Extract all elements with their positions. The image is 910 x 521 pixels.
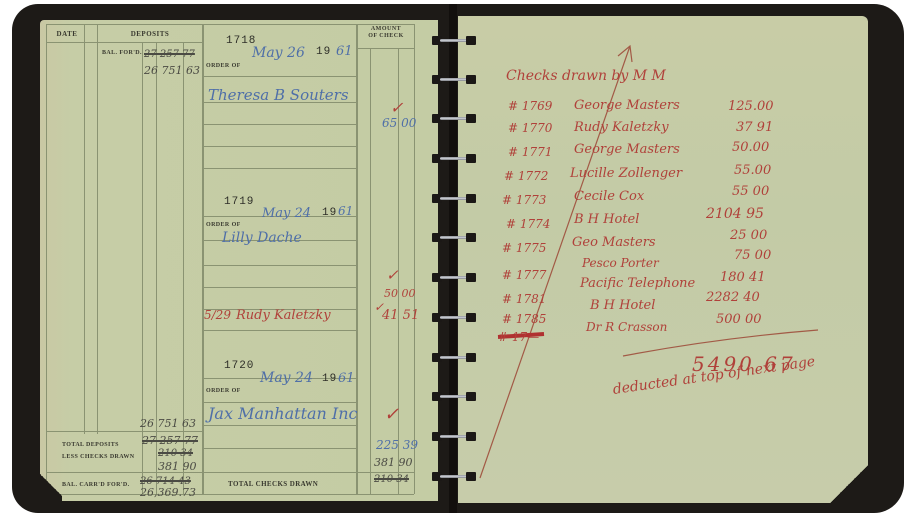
total-checks-drawn-label: TOTAL CHECKS DRAWN	[228, 480, 318, 488]
entry-amount: 2104 95	[706, 206, 764, 222]
entry-payee: Pacific Telephone	[580, 276, 695, 291]
entry-number: # 1773	[502, 193, 546, 207]
entry-date: 5/29	[204, 308, 231, 322]
spiral-ring	[432, 114, 476, 123]
deposits-column-header: DEPOSITS	[100, 30, 200, 38]
total-deposits-struck: 27 257 77	[142, 434, 198, 447]
rule	[202, 146, 356, 147]
check-mark-icon: ✓	[384, 404, 399, 425]
entry-number: # 1785	[502, 312, 546, 326]
check-payee: Lilly Dache	[222, 230, 302, 246]
check-payee: Jax Manhattan Inc	[208, 404, 358, 423]
rule	[370, 48, 371, 494]
entry-payee: George Masters	[574, 142, 680, 157]
entry-number: # 1775	[502, 241, 546, 255]
rule	[84, 24, 85, 434]
rule	[46, 494, 414, 495]
entry-payee: Dr R Crasson	[586, 320, 667, 334]
amount-of-check-header: AMOUNT OF CHECK	[358, 26, 414, 40]
rule	[46, 42, 202, 43]
entry-payee: B H Hotel	[590, 298, 655, 313]
rule	[202, 76, 356, 77]
handwritten-notes-page: Checks drawn by M M # 1769 George Master…	[458, 16, 868, 503]
entry-number: # 1772	[504, 169, 548, 183]
rule	[46, 431, 202, 432]
entry-amount: 37 91	[736, 120, 773, 135]
rule	[46, 24, 47, 494]
less-checks-value: 381 90	[158, 460, 197, 473]
entry-amount: 180 41	[720, 270, 766, 285]
total-deposits-label: TOTAL DEPOSITS	[62, 442, 119, 448]
spiral-ring	[432, 75, 476, 84]
arrow-line-icon	[458, 16, 868, 503]
entry-number: # 1777	[502, 268, 546, 282]
less-checks-drawn-label: LESS CHECKS DRAWN	[62, 454, 134, 460]
rule	[414, 24, 415, 494]
check-date: May 26	[252, 45, 305, 61]
entry-payee: Geo Masters	[572, 235, 656, 250]
entry-payee: Rudy Kaletzky	[574, 120, 669, 135]
spiral-ring	[432, 392, 476, 401]
rule	[202, 124, 356, 125]
rule	[202, 448, 356, 449]
entry-number: # 1770	[508, 121, 552, 135]
entry-payee: Lucille Zollenger	[570, 166, 682, 181]
bal-forward-struck: 27 257 77	[144, 49, 195, 60]
spiral-ring	[432, 36, 476, 45]
check-year-prefix: 19	[322, 207, 337, 219]
rule	[202, 24, 204, 494]
check-date: May 24	[260, 370, 313, 386]
entry-amount: 55.00	[734, 163, 771, 178]
entry-amount: 50.00	[732, 140, 769, 155]
rule	[202, 265, 356, 266]
spiral-ring	[432, 313, 476, 322]
rule	[46, 472, 414, 473]
rule	[202, 330, 356, 331]
rule	[97, 24, 98, 434]
entry-number: # 17—	[498, 330, 539, 344]
entry-number: # 1781	[502, 292, 546, 306]
check-payee: Theresa B Souters	[208, 86, 349, 104]
check-year-suffix: 61	[338, 371, 355, 386]
entry-payee: Cecile Cox	[574, 189, 644, 204]
entry-number: # 1769	[508, 99, 552, 113]
spiral-ring	[432, 154, 476, 163]
less-checks-struck: 210 34	[158, 448, 193, 459]
entry-number: # 1771	[508, 145, 552, 159]
entry-number: # 1774	[506, 217, 550, 231]
bal-forward-label: BAL. FOR'D.	[102, 50, 142, 56]
spiral-ring	[432, 233, 476, 242]
spiral-ring	[432, 432, 476, 441]
entry-amount: 75 00	[734, 248, 771, 263]
entry-payee: B H Hotel	[574, 212, 639, 227]
rule	[356, 48, 414, 49]
rule	[202, 402, 356, 403]
entry-amount: 25 00	[730, 228, 767, 243]
spiral-ring	[432, 353, 476, 362]
bal-carried-forward-label: BAL. CARR'D FOR'D.	[62, 482, 130, 488]
order-of-label: ORDER OF	[206, 222, 241, 228]
spiral-ring	[432, 472, 476, 481]
bal-carried-value: 26,369.73	[140, 486, 196, 499]
check-number: 1720	[224, 360, 254, 372]
check-mark-icon: ✓	[386, 266, 399, 284]
spiral-ring	[432, 273, 476, 282]
checks-drawn-subtotal: 381 90	[374, 456, 413, 469]
check-amount: 225 39	[376, 438, 418, 452]
check-amount: 65 00	[382, 116, 416, 130]
entry-amount: 55 00	[732, 184, 769, 199]
rule	[356, 24, 358, 494]
check-year-suffix: 61	[338, 204, 353, 218]
rule	[202, 425, 356, 426]
entry-amount: 125.00	[728, 99, 774, 114]
check-mark-icon: ✓	[390, 98, 403, 117]
deposits-running-total: 26 751 63	[140, 417, 196, 430]
entry-payee: Rudy Kaletzky	[236, 308, 331, 323]
order-of-label: ORDER OF	[206, 63, 241, 69]
rule	[46, 24, 414, 25]
entry-payee: George Masters	[574, 98, 680, 113]
check-year-suffix: 61	[336, 44, 353, 59]
list-title: Checks drawn by M M	[506, 68, 666, 84]
check-amount: 50 00	[384, 287, 416, 300]
date-column-header: DATE	[50, 30, 84, 38]
rule	[202, 287, 356, 288]
bal-forward-value: 26 751 63	[144, 64, 200, 77]
check-year-prefix: 19	[322, 373, 337, 385]
order-of-label: ORDER OF	[206, 388, 241, 394]
check-register-page: DATE DEPOSITS AMOUNT OF CHECK BAL. FOR'D…	[40, 20, 438, 501]
entry-amount: 500 00	[716, 312, 762, 327]
check-number: 1719	[224, 196, 254, 208]
spiral-ring	[432, 194, 476, 203]
check-year-prefix: 19	[316, 46, 331, 58]
checks-drawn-struck: 210 34	[374, 474, 409, 485]
rule	[202, 168, 356, 169]
check-date: May 24	[262, 206, 311, 221]
entry-payee: Pesco Porter	[582, 256, 659, 270]
entry-amount: 41 51	[382, 308, 419, 323]
entry-amount: 2282 40	[706, 290, 760, 305]
